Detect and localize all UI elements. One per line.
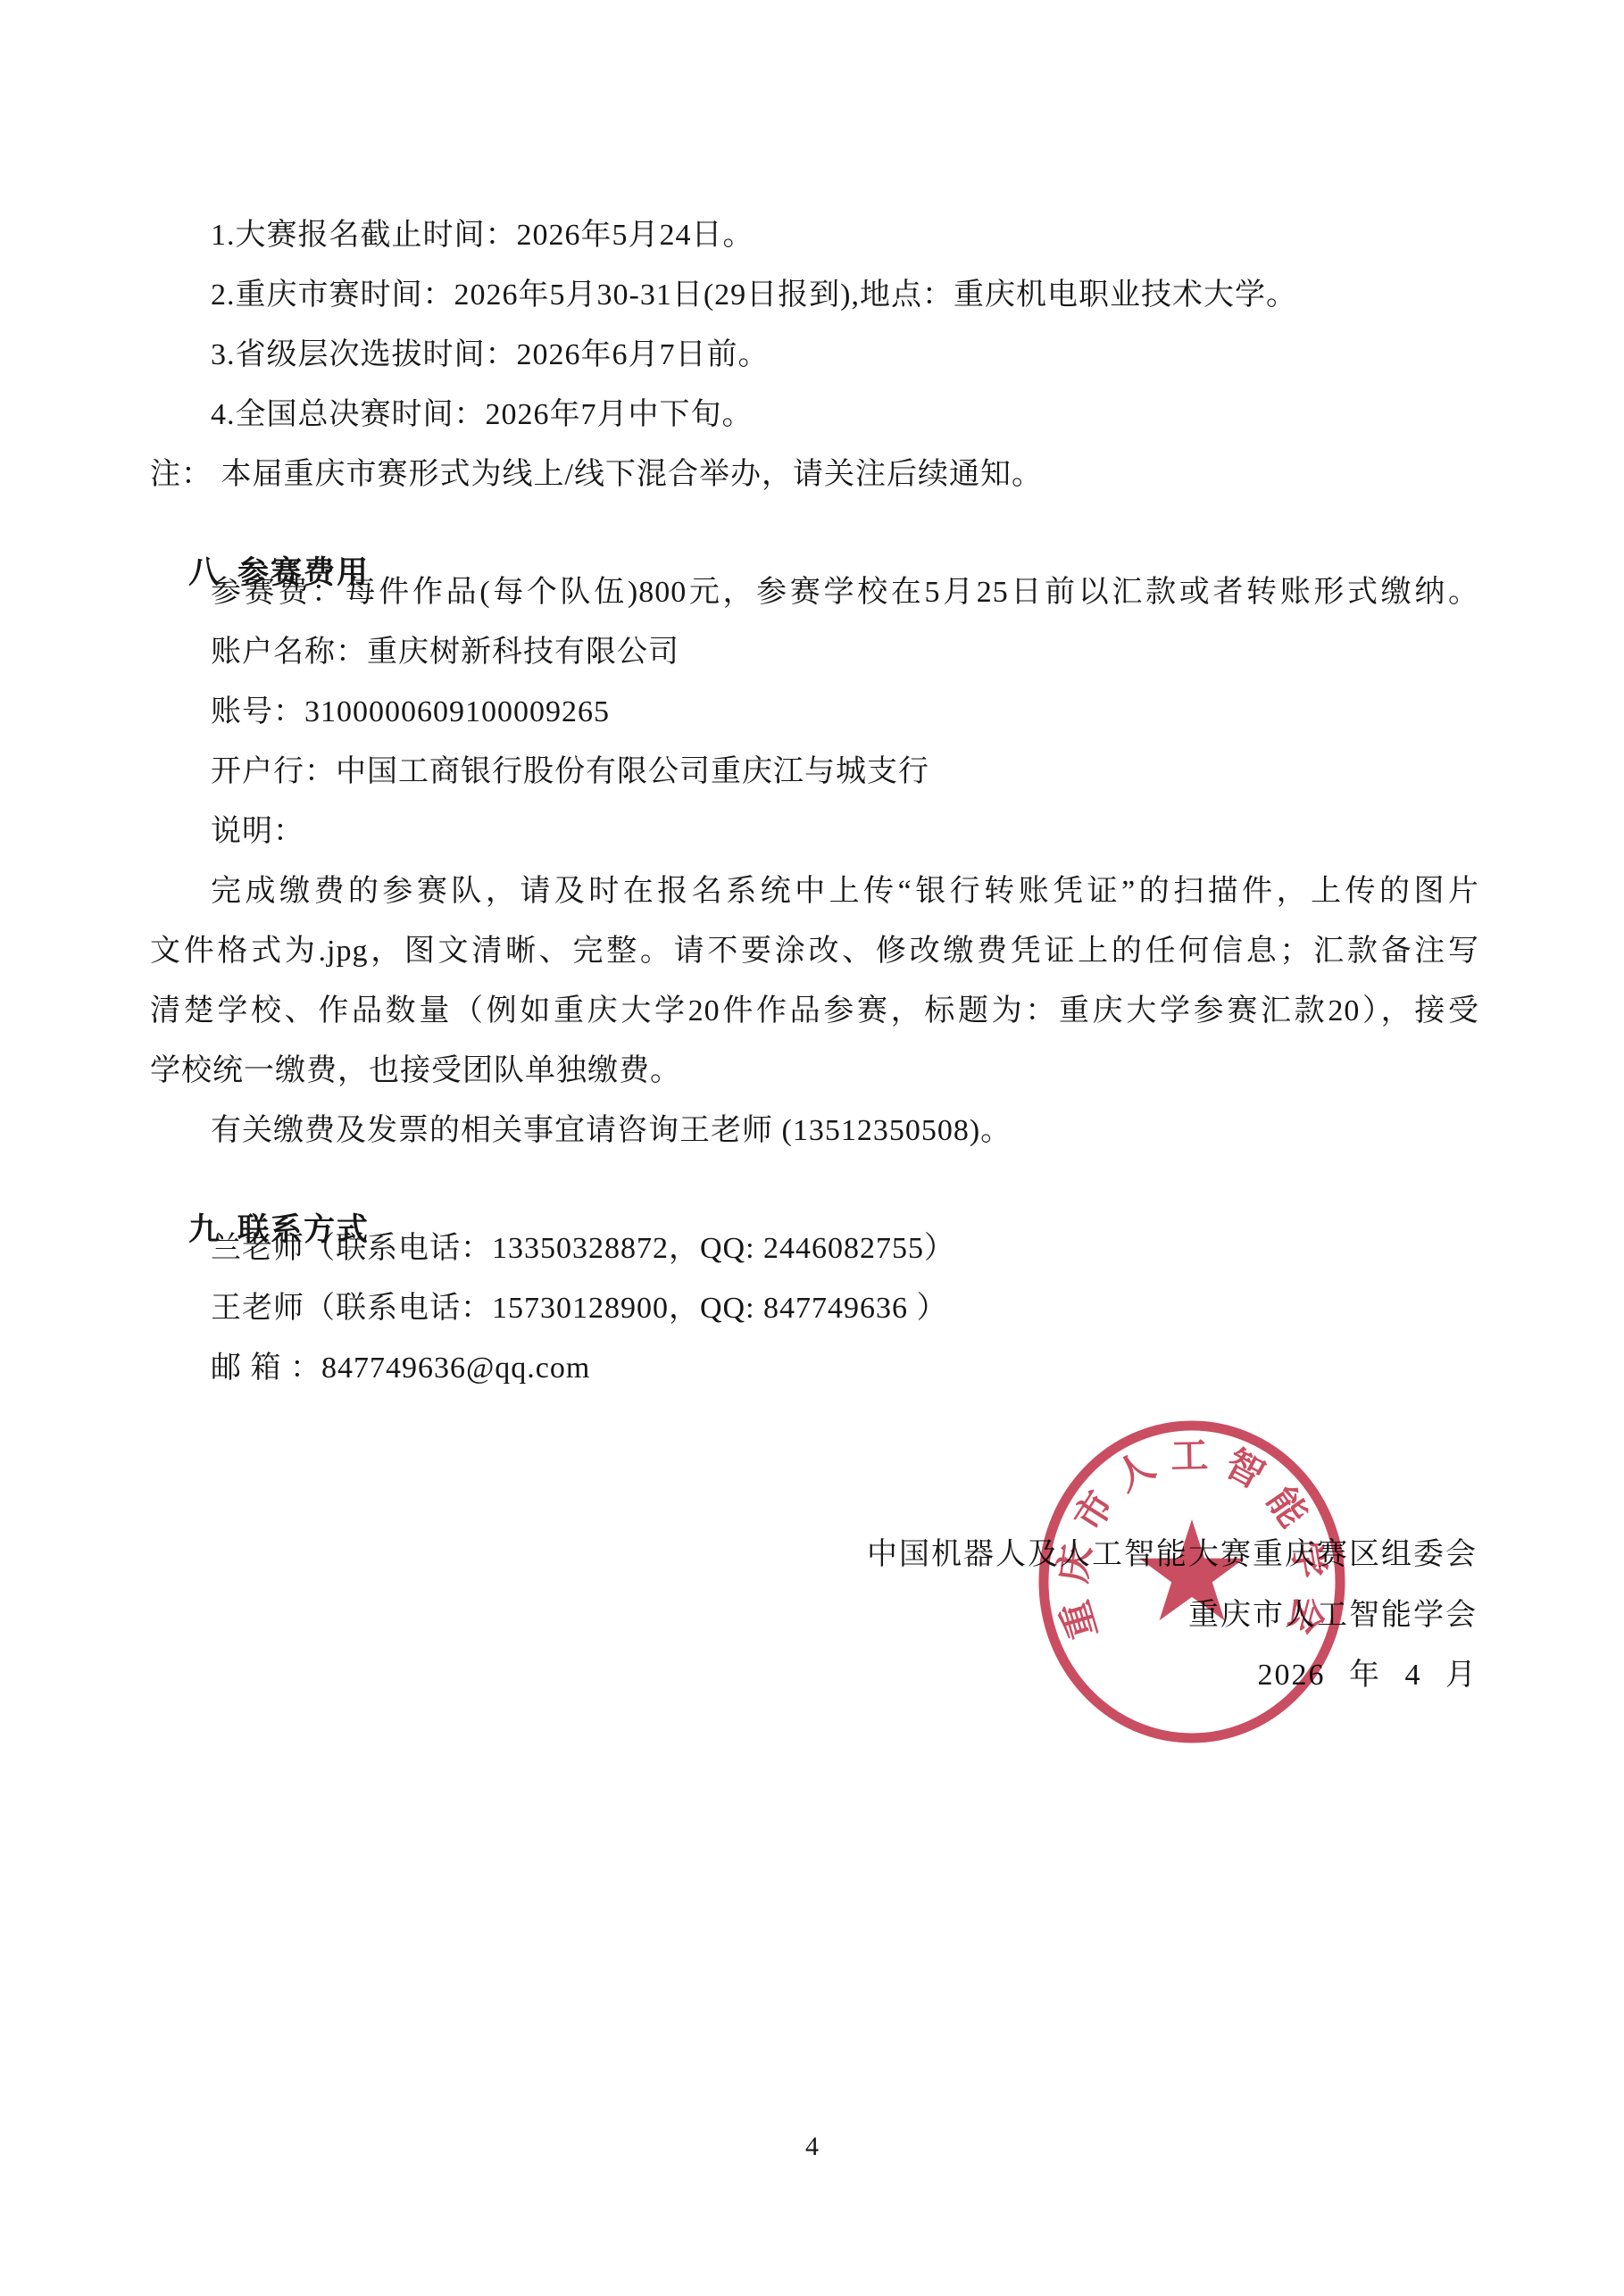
- account-number-line: 账号：3100000609100009265: [211, 692, 610, 733]
- schedule-item-3: 3.省级层次选拔时间：2026年6月7日前。: [211, 335, 770, 376]
- contact-line-lan: 兰老师（联系电话：13350328872，QQ: 2446082755）: [211, 1228, 955, 1269]
- payment-note-line-3: 清楚学校、作品数量（例如重庆大学20件作品参赛，标题为：重庆大学参赛汇款20），…: [150, 991, 1479, 1032]
- schedule-item-2: 2.重庆市赛时间：2026年5月30-31日(29日报到),地点：重庆机电职业技…: [211, 275, 1297, 316]
- invoice-contact-line: 有关缴费及发票的相关事宜请咨询王老师 (13512350508)。: [211, 1111, 1012, 1152]
- bank-line: 开户行：中国工商银行股份有限公司重庆江与城支行: [211, 752, 929, 793]
- document-page: 1.大赛报名截止时间：2026年5月24日。 2.重庆市赛时间：2026年5月3…: [0, 0, 1624, 2296]
- schedule-note: 注： 本届重庆市赛形式为线上/线下混合举办，请关注后续通知。: [150, 454, 1043, 495]
- seal-star-icon: [1139, 1519, 1245, 1620]
- contact-line-wang: 王老师（联系电话：15730128900，QQ: 847749636 ）: [211, 1288, 948, 1329]
- payment-note-line-4: 学校统一缴费，也接受团队单独缴费。: [150, 1051, 681, 1092]
- page-number: 4: [0, 2132, 1624, 2162]
- account-name-line: 账户名称：重庆树新科技有限公司: [211, 632, 679, 673]
- official-seal: 重庆市人工智能学会: [1029, 1410, 1355, 1755]
- payment-note-line-1: 完成缴费的参赛队，请及时在报名系统中上传“银行转账凭证”的扫描件，上传的图片: [211, 871, 1479, 912]
- fee-amount-line: 参赛费：每件作品(每个队伍)800元，参赛学校在5月25日前以汇款或者转账形式缴…: [211, 572, 1479, 613]
- schedule-item-4: 4.全国总决赛时间：2026年7月中下旬。: [211, 395, 754, 436]
- payment-note-line-2: 文件格式为.jpg，图文清晰、完整。请不要涂改、修改缴费凭证上的任何信息；汇款备…: [150, 931, 1479, 972]
- contact-line-email: 邮 箱 ：847749636@qq.com: [211, 1348, 590, 1389]
- schedule-item-1: 1.大赛报名截止时间：2026年5月24日。: [211, 215, 754, 256]
- note-label: 说明：: [211, 811, 304, 853]
